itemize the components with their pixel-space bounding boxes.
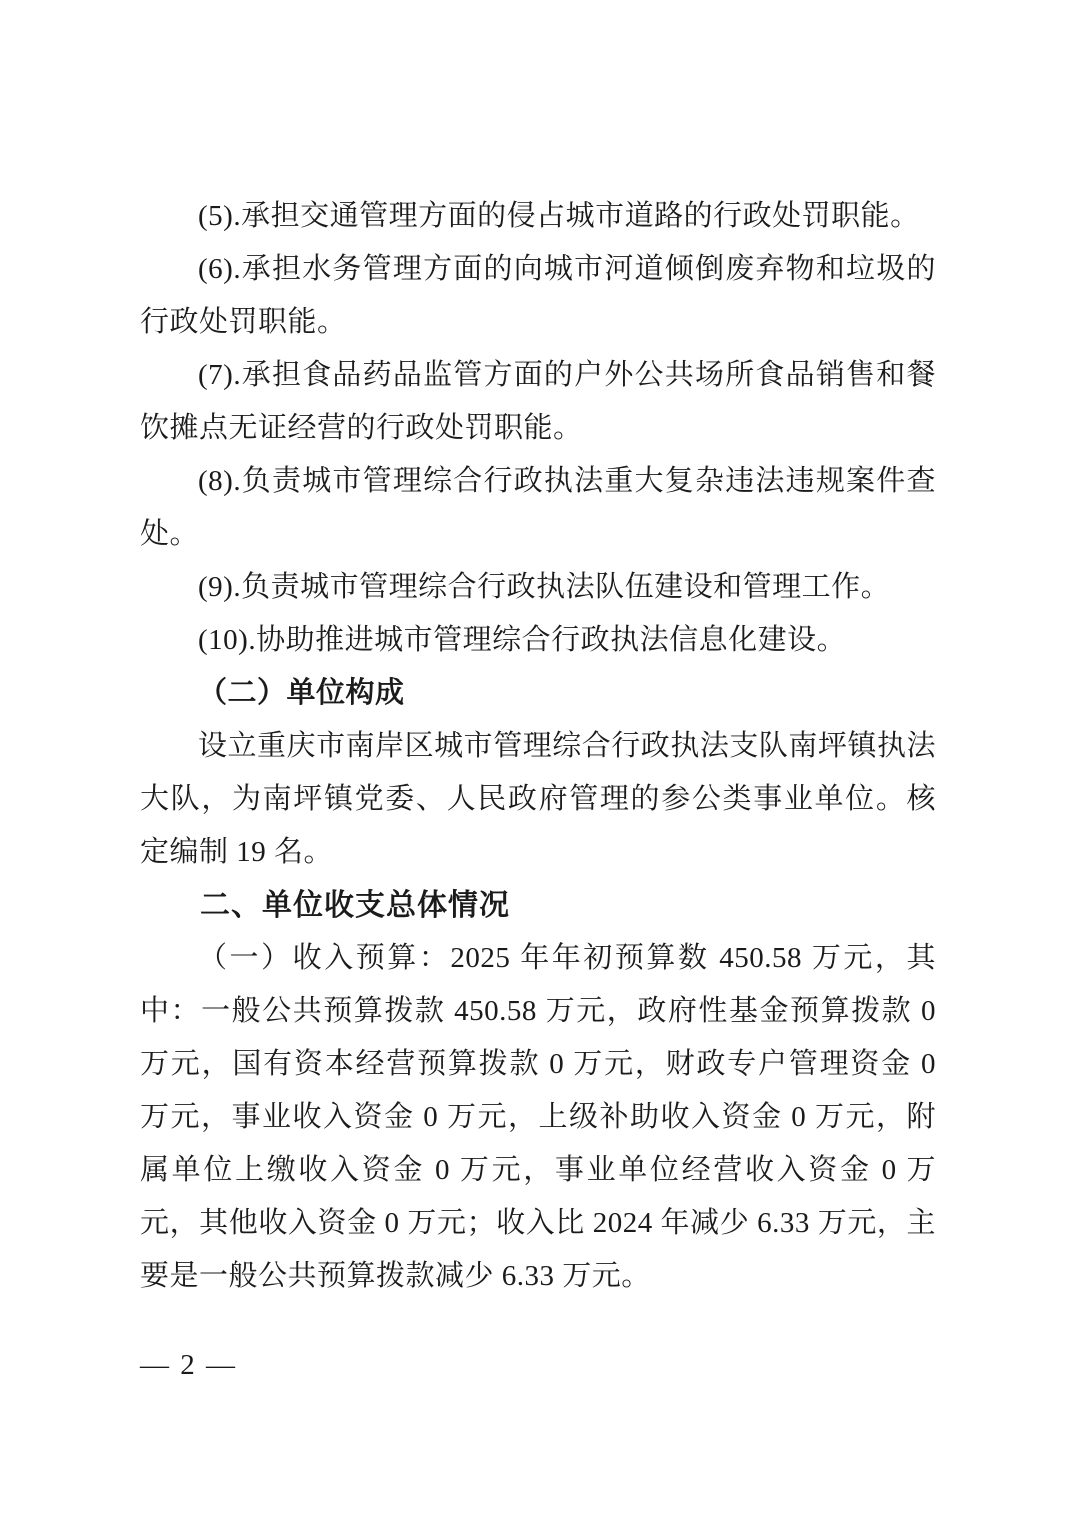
- paragraph-duty-5: (5).承担交通管理方面的侵占城市道路的行政处罚职能。: [140, 190, 936, 243]
- paragraph-duty-10: (10).协助推进城市管理综合行政执法信息化建设。: [140, 614, 936, 667]
- section-heading-revenue-expenditure-overview: 二、单位收支总体情况: [140, 879, 936, 932]
- page-number: — 2 —: [140, 1347, 237, 1383]
- paragraph-unit-composition: 设立重庆市南岸区城市管理综合行政执法支队南坪镇执法大队，为南坪镇党委、人民政府管…: [140, 720, 936, 879]
- paragraph-duty-9: (9).负责城市管理综合行政执法队伍建设和管理工作。: [140, 561, 936, 614]
- paragraph-duty-8: (8).负责城市管理综合行政执法重大复杂违法违规案件查处。: [140, 455, 936, 561]
- document-content: (5).承担交通管理方面的侵占城市道路的行政处罚职能。 (6).承担水务管理方面…: [140, 190, 936, 1303]
- document-page: (5).承担交通管理方面的侵占城市道路的行政处罚职能。 (6).承担水务管理方面…: [0, 0, 1074, 1520]
- paragraph-duty-7: (7).承担食品药品监管方面的户外公共场所食品销售和餐饮摊点无证经营的行政处罚职…: [140, 349, 936, 455]
- paragraph-revenue-budget: （一）收入预算：2025 年年初预算数 450.58 万元，其中：一般公共预算拨…: [140, 932, 936, 1303]
- section-heading-unit-composition: （二）单位构成: [140, 667, 936, 720]
- paragraph-duty-6: (6).承担水务管理方面的向城市河道倾倒废弃物和垃圾的行政处罚职能。: [140, 243, 936, 349]
